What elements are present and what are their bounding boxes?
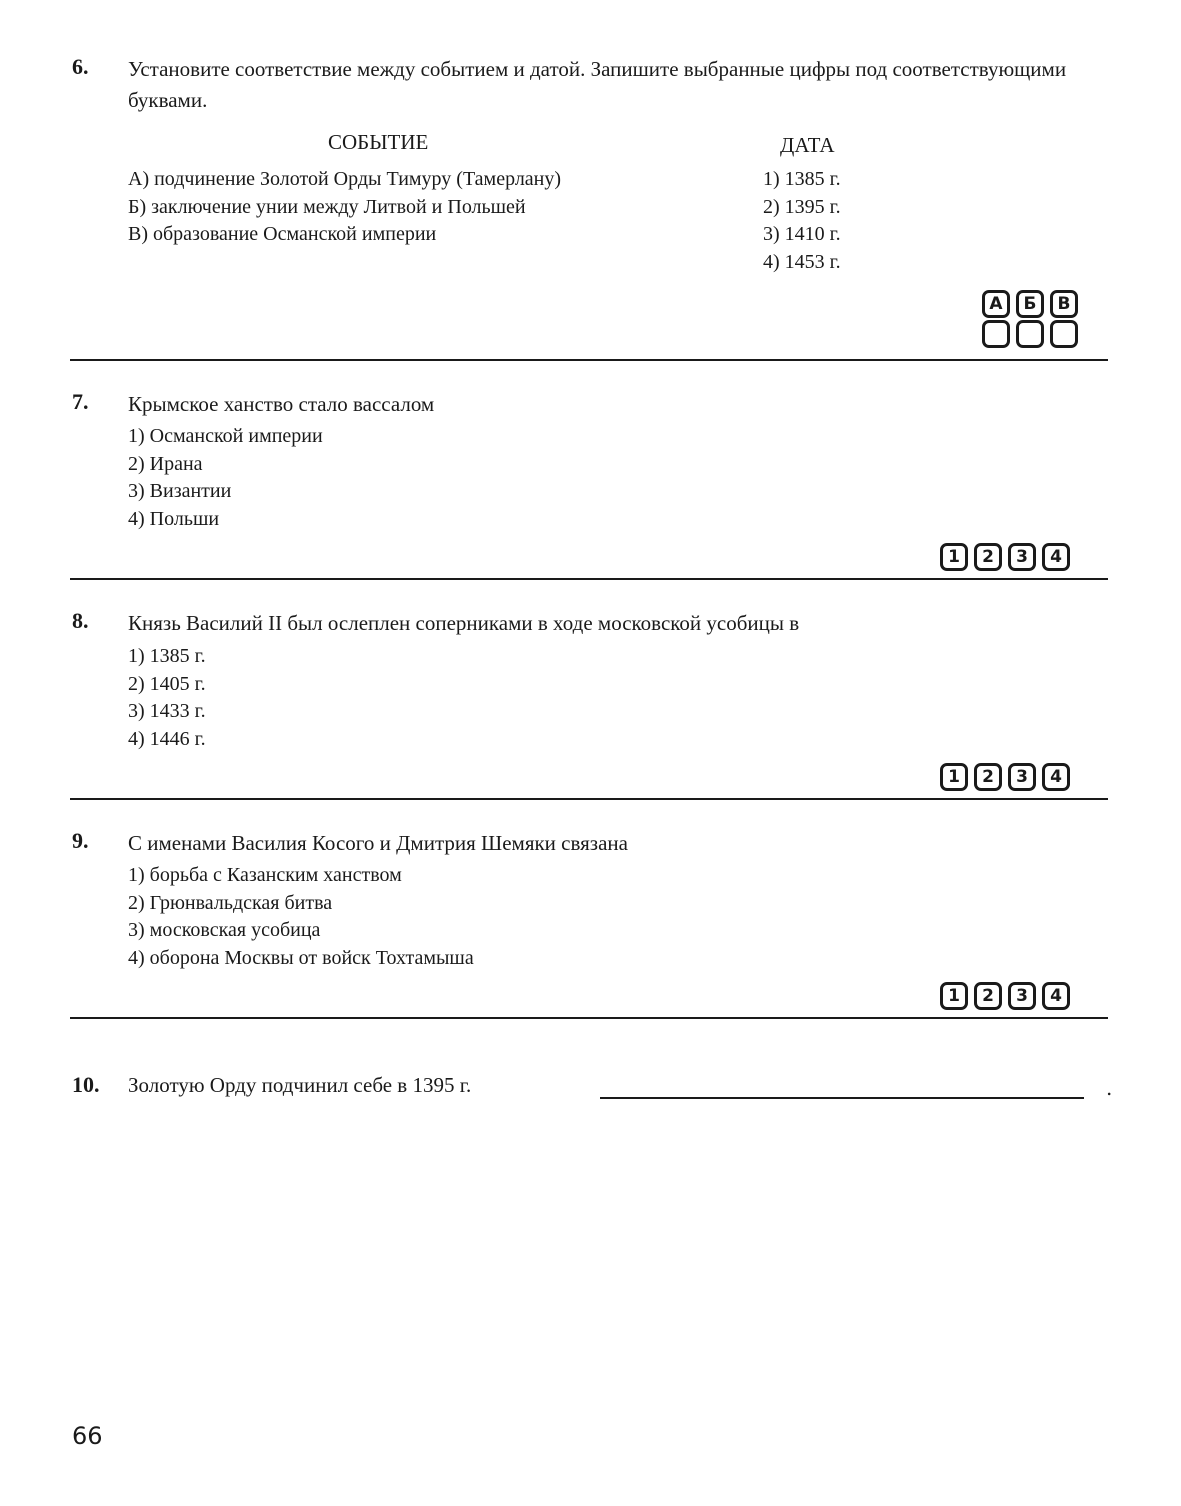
answer-box-4[interactable]: 4 [1042,763,1070,791]
option-item: 3) 1433 г. [128,698,206,726]
date-column-header: ДАТА [780,133,835,158]
event-item: А) подчинение Золотой Орды Тимуру (Тамер… [128,166,561,194]
divider [70,578,1108,580]
option-item: 2) 1405 г. [128,671,206,699]
answer-input-box[interactable] [982,320,1010,348]
event-item: Б) заключение унии между Литвой и Польше… [128,194,561,222]
question-text: Установите соответствие между событием и… [128,54,1118,116]
end-mark: . [1106,1076,1112,1100]
page-number: 66 [72,1422,103,1450]
date-item: 1) 1385 г. [763,166,841,194]
answer-box-2[interactable]: 2 [974,543,1002,571]
option-item: 4) Польши [128,506,323,534]
question-number: 8. [72,608,89,634]
answer-blank-line[interactable] [600,1097,1084,1099]
answer-box-2[interactable]: 2 [974,982,1002,1010]
answer-input-box[interactable] [1050,320,1078,348]
event-column-header: СОБЫТИЕ [328,130,428,155]
divider [70,359,1108,361]
date-item: 3) 1410 г. [763,221,841,249]
event-item: В) образование Османской империи [128,221,561,249]
option-list: 1) борьба с Казанским ханством 2) Грюнва… [128,862,474,973]
answer-letter-box: В [1050,290,1078,318]
divider [70,1017,1108,1019]
answer-boxes: 1 2 3 4 [940,982,1070,1010]
question-text: Крымское ханство стало вассалом [128,389,1118,420]
option-item: 3) Византии [128,478,323,506]
answer-box-3[interactable]: 3 [1008,543,1036,571]
option-item: 1) борьба с Казанским ханством [128,862,474,890]
answer-boxes: 1 2 3 4 [940,763,1070,791]
question-text: С именами Василия Косого и Дмитрия Шемяк… [128,828,1118,859]
date-item: 4) 1453 г. [763,249,841,277]
answer-letter-box: Б [1016,290,1044,318]
question-number: 9. [72,828,89,854]
option-item: 1) Османской империи [128,423,323,451]
answer-box-3[interactable]: 3 [1008,763,1036,791]
divider [70,798,1108,800]
option-item: 3) московская усобица [128,917,474,945]
answer-box-3[interactable]: 3 [1008,982,1036,1010]
option-list: 1) 1385 г. 2) 1405 г. 3) 1433 г. 4) 1446… [128,643,206,754]
option-item: 4) 1446 г. [128,726,206,754]
option-item: 2) Грюнвальдская битва [128,890,474,918]
question-number: 6. [72,54,89,80]
answer-letter-box: А [982,290,1010,318]
answer-box-4[interactable]: 4 [1042,982,1070,1010]
option-item: 4) оборона Москвы от войск Тохтамыша [128,945,474,973]
date-item: 2) 1395 г. [763,194,841,222]
answer-boxes: 1 2 3 4 [940,543,1070,571]
option-item: 2) Ирана [128,451,323,479]
option-list: 1) Османской империи 2) Ирана 3) Византи… [128,423,323,534]
question-number: 7. [72,389,89,415]
answer-box-2[interactable]: 2 [974,763,1002,791]
date-list: 1) 1385 г. 2) 1395 г. 3) 1410 г. 4) 1453… [763,166,841,277]
answer-box-4[interactable]: 4 [1042,543,1070,571]
answer-box-1[interactable]: 1 [940,763,968,791]
answer-box-1[interactable]: 1 [940,982,968,1010]
answer-box-1[interactable]: 1 [940,543,968,571]
answer-input-box[interactable] [1016,320,1044,348]
option-item: 1) 1385 г. [128,643,206,671]
answer-grid: А Б В [982,290,1078,348]
question-number: 10. [72,1072,100,1098]
question-text: Князь Василий II был ослеплен соперникам… [128,608,1118,639]
event-list: А) подчинение Золотой Орды Тимуру (Тамер… [128,166,561,249]
